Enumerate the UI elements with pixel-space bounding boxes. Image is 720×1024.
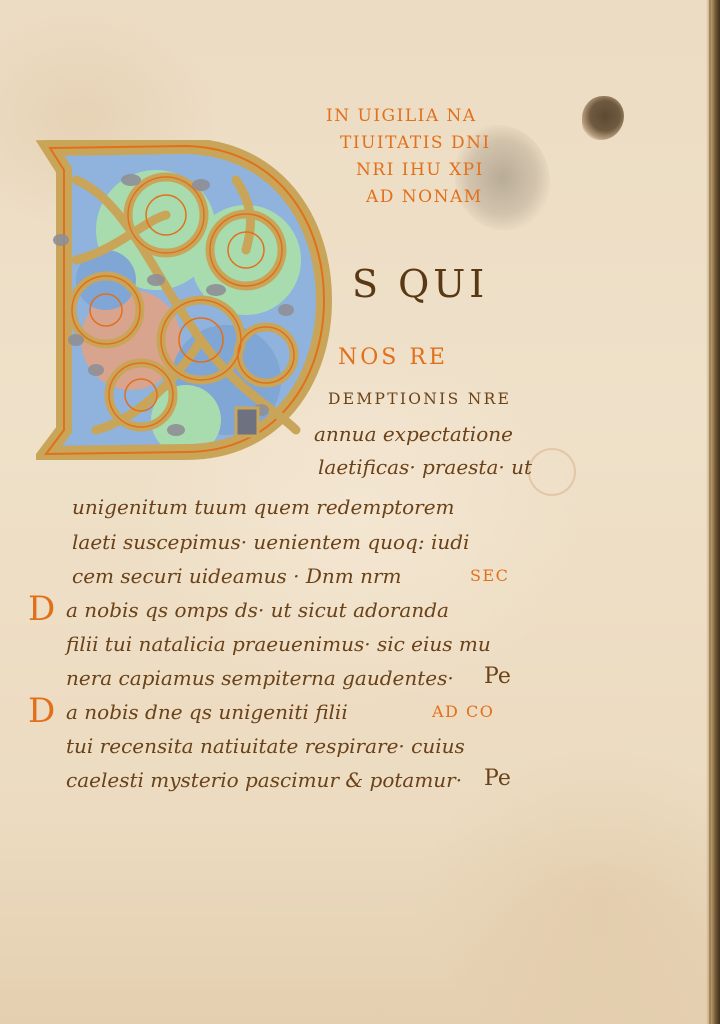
- ink-blot-stain: [582, 96, 624, 140]
- per-abbreviation: Pe: [484, 766, 511, 791]
- rubric-ad-co: AD CO: [432, 702, 494, 721]
- heading-line: AD NONAM: [366, 184, 566, 211]
- interlace-initial-icon: [36, 140, 332, 460]
- rubric-sec: SEC: [470, 566, 509, 585]
- heading-line: NRI IHU XPI: [356, 157, 566, 184]
- text-line: nera capiamus sempiterna gaudentes·: [66, 666, 454, 690]
- gutter-line: [709, 0, 711, 1024]
- text-line: filii tui natalicia praeuenimus· sic eiu…: [66, 632, 491, 656]
- text-line: caelesti mysterio pascimur & potamur·: [66, 768, 462, 792]
- rubric-heading: IN UIGILIA NA TIUITATIS DNI NRI IHU XPI …: [326, 103, 566, 211]
- text-line: tui recensita natiuitate respirare· cuiu…: [66, 734, 465, 758]
- illuminated-initial-d: [36, 140, 332, 460]
- text-line: annua expectatione: [314, 422, 513, 446]
- capitals-line: DEMPTIONIS NRE: [328, 390, 511, 408]
- per-abbreviation: Pe: [484, 664, 511, 689]
- text-line: a nobis dne qs unigeniti filii: [66, 700, 348, 724]
- rubric-initial-d: D: [28, 694, 55, 728]
- opening-words: S QUI: [352, 262, 488, 306]
- heading-line: TIUITATIS DNI: [340, 130, 566, 157]
- text-line: unigenitum tuum quem redemptorem: [72, 495, 455, 519]
- text-line: laeti suscepimus· uenientem quoq: iudi: [72, 530, 469, 554]
- text-line: laetificas· praesta· ut: [318, 455, 532, 479]
- parchment-page: IN UIGILIA NA TIUITATIS DNI NRI IHU XPI …: [0, 0, 720, 1024]
- text-line: cem securi uideamus · Dnm nrm: [72, 564, 402, 588]
- show-through-letter: [528, 448, 576, 496]
- rubric-line: NOS RE: [338, 345, 448, 370]
- heading-line: IN UIGILIA NA: [326, 103, 566, 130]
- text-line: a nobis qs omps ds· ut sicut adoranda: [66, 598, 449, 622]
- rubric-initial-d: D: [28, 592, 55, 626]
